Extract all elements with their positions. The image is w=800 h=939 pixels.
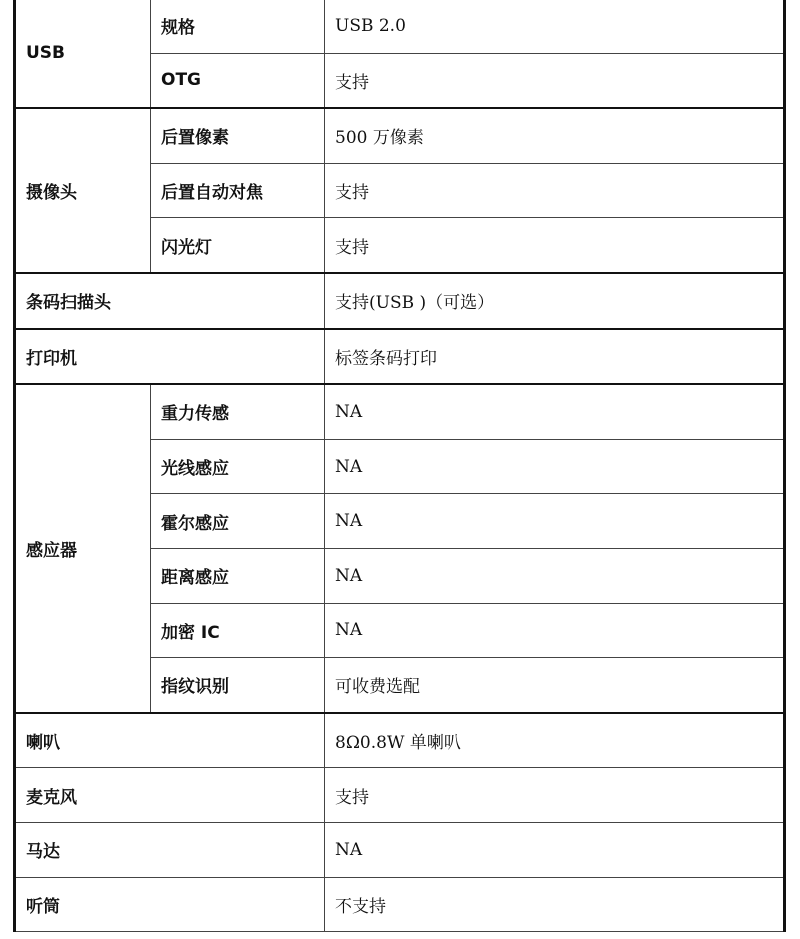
category-sensors: 感应器 <box>15 384 151 713</box>
spec-value: 不支持 <box>325 877 785 932</box>
category-speaker: 喇叭 <box>15 713 325 768</box>
table-row: 感应器 重力传感 NA <box>15 384 785 439</box>
category-usb: USB <box>15 0 151 108</box>
spec-value: 可收费选配 <box>325 658 785 713</box>
spec-table: USB 规格 USB 2.0 OTG 支持 摄像头 后置像素 500 万像素 后… <box>13 0 786 932</box>
subitem-label: 距离感应 <box>151 548 325 603</box>
spec-value: NA <box>325 494 785 549</box>
spec-value: 支持 <box>325 218 785 273</box>
subitem-label: 霍尔感应 <box>151 494 325 549</box>
category-motor: 马达 <box>15 822 325 877</box>
spec-value: 8Ω0.8W 单喇叭 <box>325 713 785 768</box>
subitem-label: 规格 <box>151 0 325 53</box>
spec-value: 标签条码打印 <box>325 329 785 385</box>
table-row: 条码扫描头 支持(USB )（可选） <box>15 273 785 329</box>
spec-value: USB 2.0 <box>325 0 785 53</box>
subitem-label: OTG <box>151 53 325 108</box>
table-row: 听筒 不支持 <box>15 877 785 932</box>
subitem-label: 重力传感 <box>151 384 325 439</box>
subitem-label: 后置像素 <box>151 108 325 163</box>
category-receiver: 听筒 <box>15 877 325 932</box>
spec-value: 500 万像素 <box>325 108 785 163</box>
table-row: 打印机 标签条码打印 <box>15 329 785 385</box>
subitem-label: 指纹识别 <box>151 658 325 713</box>
category-microphone: 麦克风 <box>15 768 325 823</box>
table-row: USB 规格 USB 2.0 <box>15 0 785 53</box>
spec-value: 支持(USB )（可选） <box>325 273 785 329</box>
spec-value: 支持 <box>325 768 785 823</box>
spec-value: NA <box>325 822 785 877</box>
subitem-label: 闪光灯 <box>151 218 325 273</box>
spec-value: NA <box>325 603 785 658</box>
category-printer: 打印机 <box>15 329 325 385</box>
table-row: 摄像头 后置像素 500 万像素 <box>15 108 785 163</box>
category-barcode-scanner: 条码扫描头 <box>15 273 325 329</box>
spec-value: NA <box>325 439 785 494</box>
subitem-label: 光线感应 <box>151 439 325 494</box>
category-camera: 摄像头 <box>15 108 151 273</box>
spec-value: NA <box>325 548 785 603</box>
table-row: 喇叭 8Ω0.8W 单喇叭 <box>15 713 785 768</box>
subitem-label: 加密 IC <box>151 603 325 658</box>
spec-value: NA <box>325 384 785 439</box>
spec-value: 支持 <box>325 163 785 218</box>
subitem-label: 后置自动对焦 <box>151 163 325 218</box>
table-row: 麦克风 支持 <box>15 768 785 823</box>
spec-value: 支持 <box>325 53 785 108</box>
table-row: 马达 NA <box>15 822 785 877</box>
